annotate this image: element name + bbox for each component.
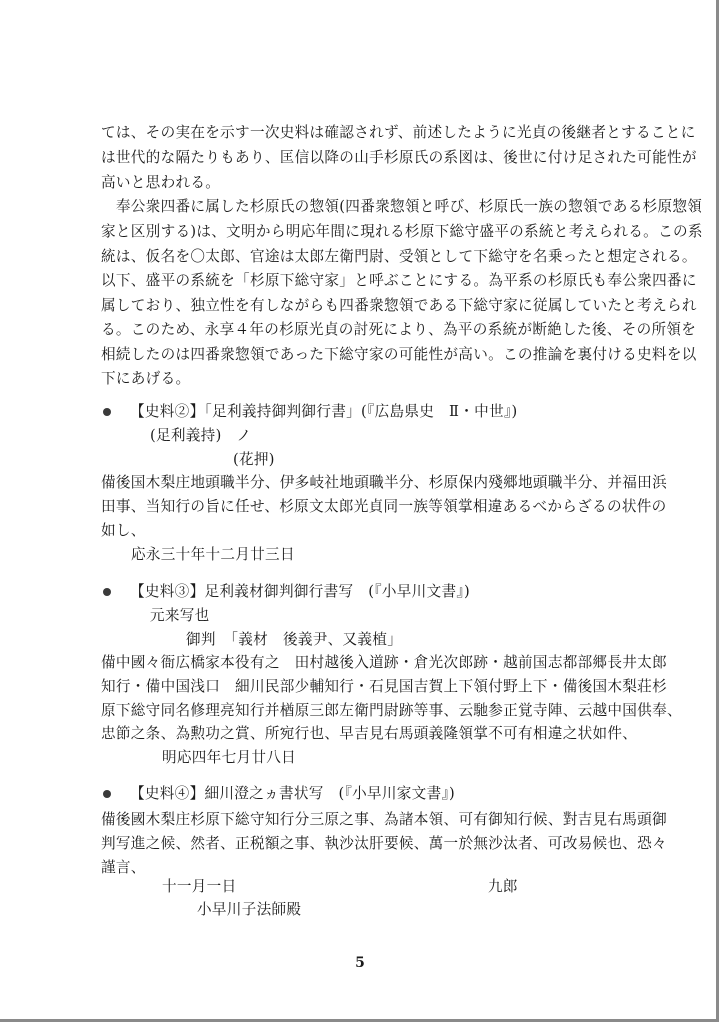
bullet-icon	[103, 790, 111, 798]
source-body-line: 如し、	[101, 521, 621, 541]
source-body-line: 謹言、	[101, 858, 621, 878]
document-page: ては、その実在を示す一次史料は確認されず、前述したように光貞の後継者とすることに…	[0, 0, 719, 1022]
source-body-line: 判写進之候、然者、正税額之事、執沙汰肝要候、萬一於無沙汰者、可改易候也、恐々	[101, 834, 621, 854]
paragraph-line: 属しており、独立性を有しながらも四番衆惣領である下総守家に従属していたと考えられ	[101, 296, 621, 316]
paragraph-line: 統は、仮名を〇太郎、官途は太郎左衛門尉、受領として下総守を名乗ったと想定される。	[101, 247, 621, 267]
bullet-icon	[103, 588, 111, 596]
source-recipient: 小早川子法師殿	[197, 900, 301, 920]
source-seal: 御判 「義材 後義尹、又義植」	[186, 630, 402, 650]
source-signer: (足利義持) ノ	[150, 426, 251, 446]
source-date: 明応四年七月廿八日	[162, 748, 296, 768]
paragraph-line: る。このため、永享４年の杉原光貞の討死により、為平の系統が断絶した後、その所領を	[101, 320, 621, 340]
paragraph-line: 奉公衆四番に属した杉原氏の惣領(四番衆惣領と呼び、杉原氏一族の惣領である杉原惣領	[101, 197, 621, 217]
source-note: 元来写也	[150, 606, 210, 626]
source-body-line: 備中國々衙広橋家本役有之 田村越後入道跡・倉光次郎跡・越前国志都部郷長井太郎	[101, 653, 621, 673]
source-body-line: 忠節之条、為勲功之賞、所宛行也、早吉見右馬頭義隆領掌不可有相違之状如件、	[101, 724, 621, 744]
source-body-line: 備後国木梨庄地頭職半分、伊多岐社地頭職半分、杉原保内殘郷地頭職半分、并福田浜	[101, 473, 621, 493]
paragraph-line: 家と区別する)は、文明から明応年間に現れる杉原下総守盛平の系統と考えられる。この…	[101, 222, 621, 242]
paragraph-line: は世代的な隔たりもあり、匡信以降の山手杉原氏の系図は、後世に付け足された可能性が	[101, 148, 621, 168]
paragraph-line: 下にあげる。	[101, 369, 621, 389]
page-number: 5	[0, 955, 720, 971]
source-body-line: 備後國木梨庄杉原下総守知行分三原之事、為諸本領、可有御知行候、對吉見右馬頭御	[101, 810, 621, 830]
paragraph-line: 高いと思われる。	[101, 173, 621, 193]
source-seal: (花押)	[233, 450, 275, 470]
source-body-line: 知行・備中国浅口 細川民部少輔知行・石見国吉賀上下領付野上下・備後国木梨荘杉	[101, 677, 621, 697]
source-date: 十一月一日	[162, 877, 236, 897]
source-heading: 【史料③】足利義材御判御行書写 (『小早川文書』)	[130, 582, 470, 602]
paragraph-line: ては、その実在を示す一次史料は確認されず、前述したように光貞の後継者とすることに	[101, 123, 621, 143]
source-heading: 【史料②】「足利義持御判御行書」(『広島県史 Ⅱ・中世』)	[130, 402, 518, 422]
source-heading: 【史料④】細川澄之ヵ書状写 (『小早川家文書』)	[130, 784, 455, 804]
source-sender: 九郎	[488, 877, 518, 897]
source-body-line: 田事、当知行の旨に任せ、杉原文太郎光貞同一族等領掌相違あるべからざるの状件の	[101, 497, 621, 517]
bullet-icon	[103, 408, 111, 416]
paragraph-line: 相続したのは四番衆惣領であった下総守家の可能性が高い。この推論を裏付ける史料を以	[101, 345, 621, 365]
source-body-line: 原下総守同名修理亮知行并楢原三郎左衛門尉跡等事、云馳参正覚寺陣、云越中国供奉、	[101, 701, 621, 721]
source-date: 応永三十年十二月廿三日	[131, 545, 295, 565]
paragraph-line: 以下、盛平の系統を「杉原下総守家」と呼ぶことにする。為平系の杉原氏も奉公衆四番に	[101, 271, 621, 291]
